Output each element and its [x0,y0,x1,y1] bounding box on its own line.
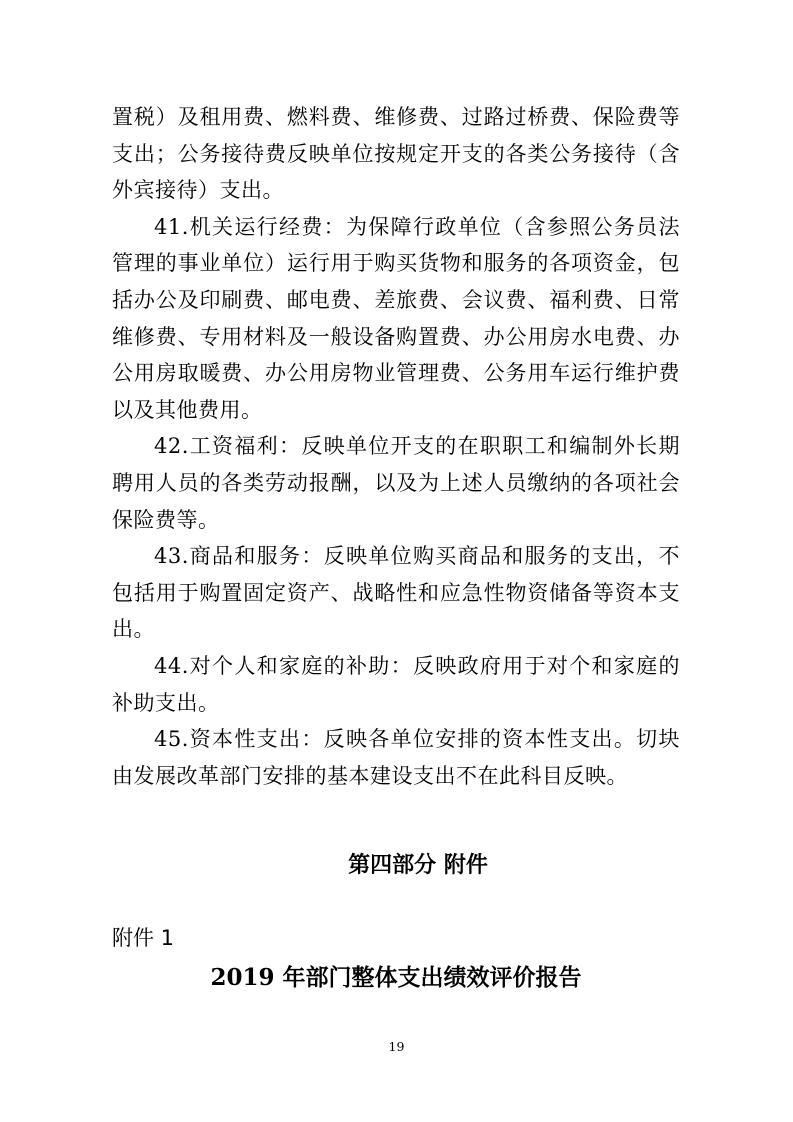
attachment-label: 附件 1 [112,920,680,957]
paragraph-item-43: 43.商品和服务：反映单位购买商品和服务的支出，不包括用于购置固定资产、战略性和… [112,538,680,648]
paragraph-item-42: 42.工资福利：反映单位开支的在职职工和编制外长期聘用人员的各类劳动报酬，以及为… [112,428,680,538]
paragraph-item-41: 41.机关运行经费：为保障行政单位（含参照公务员法管理的事业单位）运行用于购买货… [112,209,680,429]
paragraph-item-44: 44.对个人和家庭的补助：反映政府用于对个和家庭的补助支出。 [112,648,680,721]
section-heading: 第四部分 附件 [112,848,680,885]
page-footer: 19 [0,1038,793,1056]
document-body: 置税）及租用费、燃料费、维修费、过路过桥费、保险费等支出；公务接待费反映单位按规… [0,0,793,794]
paragraph-item-45: 45.资本性支出：反映各单位安排的资本性支出。切块由发展改革部门安排的基本建设支… [112,721,680,794]
paragraph-continuation: 置税）及租用费、燃料费、维修费、过路过桥费、保险费等支出；公务接待费反映单位按规… [112,99,680,209]
attachment-title: 2019 年部门整体支出绩效评价报告 [112,960,680,997]
document-page: 置税）及租用费、燃料费、维修费、过路过桥费、保险费等支出；公务接待费反映单位按规… [0,0,793,1122]
page-number: 19 [389,1039,405,1054]
